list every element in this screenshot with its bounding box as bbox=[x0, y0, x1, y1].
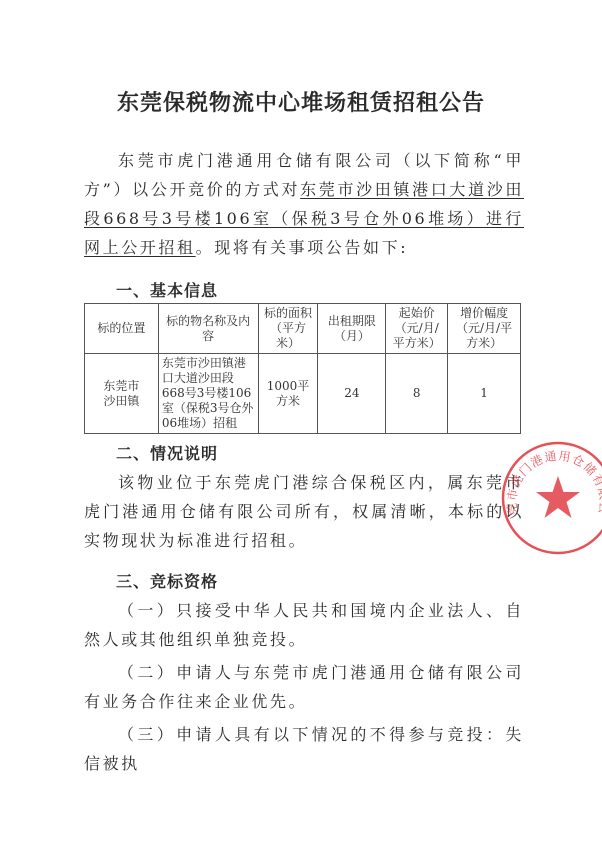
cell-name: 东莞市沙田镇港口大道沙田段668号3号楼106室（保税3号仓外06堆场）招租 bbox=[158, 354, 258, 434]
table-row: 东莞市沙田镇 东莞市沙田镇港口大道沙田段668号3号楼106室（保税3号仓外06… bbox=[85, 354, 521, 434]
section-heading-basic-info: 一、基本信息 bbox=[116, 278, 218, 301]
table-header-cell: 标的面积（平方米） bbox=[258, 304, 318, 354]
basic-info-table: 标的位置 标的物名称及内容 标的面积（平方米） 出租期限（月） 起始价（元/月/… bbox=[84, 303, 521, 434]
cell-start-price: 8 bbox=[386, 354, 448, 434]
qualification-item-2: （二）申请人与东莞市虎门港通用仓储有限公司有业务合作往来企业优先。 bbox=[84, 658, 524, 716]
cell-increment: 1 bbox=[448, 354, 521, 434]
qualification-item-3: （三）申请人具有以下情况的不得参与竞投：失信被执 bbox=[84, 720, 524, 778]
star-icon bbox=[536, 476, 580, 518]
intro-paragraph: 东莞市虎门港通用仓储有限公司（以下简称“甲方”）以公开竞价的方式对东莞市沙田镇港… bbox=[84, 146, 524, 262]
table-header-cell: 标的物名称及内容 bbox=[158, 304, 258, 354]
document-title: 东莞保税物流中心堆场租赁招租公告 bbox=[0, 86, 602, 117]
situation-paragraph: 该物业位于东莞虎门港综合保税区内，属东莞市虎门港通用仓储有限公司所有，权属清晰，… bbox=[84, 468, 524, 555]
intro-suffix: 。现将有关事项公告如下: bbox=[196, 238, 409, 257]
table-header-row: 标的位置 标的物名称及内容 标的面积（平方米） 出租期限（月） 起始价（元/月/… bbox=[85, 304, 521, 354]
document-page: 东莞保税物流中心堆场租赁招租公告 东莞市虎门港通用仓储有限公司（以下简称“甲方”… bbox=[0, 0, 602, 851]
cell-location: 东莞市沙田镇 bbox=[85, 354, 159, 434]
cell-area: 1000平方米 bbox=[258, 354, 318, 434]
table-header-cell: 起始价（元/月/平方米） bbox=[386, 304, 448, 354]
section-heading-qualification: 三、竞标资格 bbox=[116, 569, 218, 592]
table-header-cell: 出租期限（月） bbox=[318, 304, 386, 354]
section-heading-situation: 二、情况说明 bbox=[116, 441, 218, 464]
cell-term: 24 bbox=[318, 354, 386, 434]
table-header-cell: 标的位置 bbox=[85, 304, 159, 354]
table-header-cell: 增价幅度（元/月/平方米） bbox=[448, 304, 521, 354]
qualification-item-1: （一）只接受中华人民共和国境内企业法人、自然人或其他组织单独竞投。 bbox=[84, 596, 524, 654]
